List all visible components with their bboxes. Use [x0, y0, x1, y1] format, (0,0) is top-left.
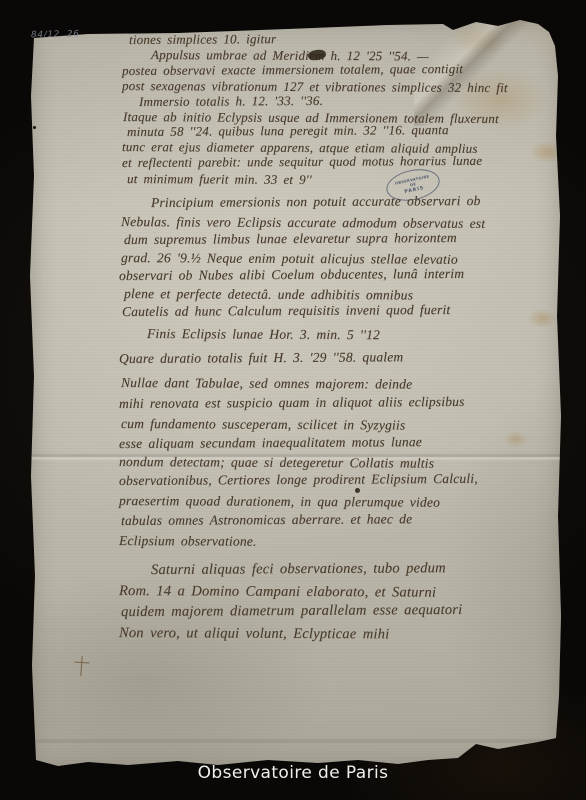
manuscript-line: Finis Eclipsis lunae Hor. 3. min. 5 ''12	[147, 327, 380, 342]
manuscript-line: Quare duratio totalis fuit H. 3. '29 ''5…	[119, 350, 403, 365]
manuscript-line: Nebulas. finis vero Eclipsis accurate ad…	[121, 215, 485, 230]
manuscript-line: Rom. 14 a Domino Campani elaborato, et S…	[119, 584, 436, 600]
manuscript-line: nondum detectam; quae si detegeretur Col…	[119, 455, 434, 470]
manuscript-line: tiones simplices 10. igitur	[129, 32, 276, 46]
manuscript-line: Non vero, ut aliqui volunt, Eclypticae m…	[119, 626, 389, 642]
manuscript-line: plene et perfecte detectâ. unde adhibiti…	[124, 287, 413, 302]
bottom-crease	[28, 738, 564, 744]
manuscript-line: postea observavi exacte immersionem tota…	[122, 62, 463, 77]
manuscript-line: Appulsus umbrae ad Meridiem h. 12 '25 ''…	[151, 48, 429, 62]
manuscript-line: Principium emersionis non potuit accurat…	[151, 194, 481, 210]
manuscript-line: cum fundamento susceperam, scilicet in S…	[121, 417, 405, 432]
manuscript-line: Eclipsium observatione.	[119, 534, 257, 548]
manuscript-line: minuta 58 ''24. quibus luna peregit min.…	[127, 123, 449, 138]
manuscript-line: Cautelis ad hunc Calculum requisitis inv…	[122, 303, 450, 319]
manuscript-line: grad. 26 '9.½ Neque enim potuit alicujus…	[121, 251, 458, 266]
manuscript-line: tabulas omnes Astronomicas aberrare. et …	[121, 512, 412, 527]
ink-cross-mark	[73, 655, 90, 676]
manuscript-line: mihi renovata est suspicio quam in aliqu…	[119, 395, 465, 411]
manuscript-line: Immersio totalis h. 12. '33. ''36.	[139, 94, 323, 108]
manuscript-line: ut minimum fuerit min. 33 et 9''	[127, 172, 312, 186]
margin-dot	[33, 126, 36, 129]
manuscript-line: et reflectenti parebit: unde sequitur qu…	[122, 154, 482, 169]
photographed-manuscript: 84/12. 26 OBSERVATOIRE DE PARIS tiones s…	[0, 0, 586, 800]
photo-caption: Observatoire de Paris	[0, 763, 586, 783]
manuscript-line: post sexagenas vibrationum 127 et vibrat…	[122, 79, 508, 94]
manuscript-line: observari ob Nubes alibi Coelum obducent…	[119, 267, 464, 283]
manuscript-line: observationibus, Certiores longe prodire…	[119, 472, 478, 488]
manuscript-line: Nullae dant Tabulae, sed omnes majorem: …	[121, 376, 412, 391]
archival-shelfmark: 84/12. 26	[31, 30, 80, 41]
manuscript-line: dum supremus limbus lunae elevaretur sup…	[124, 231, 457, 247]
ink-blot	[355, 488, 360, 493]
manuscript-line: praesertim quoad durationem, in qua pler…	[119, 494, 440, 509]
manuscript-line: quidem majorem diametrum parallelam esse…	[121, 603, 462, 620]
manuscript-line: esse aliquam secundam inaequalitatem mot…	[119, 435, 422, 450]
manuscript-line: Saturni aliquas feci observationes, tubo…	[151, 561, 446, 577]
